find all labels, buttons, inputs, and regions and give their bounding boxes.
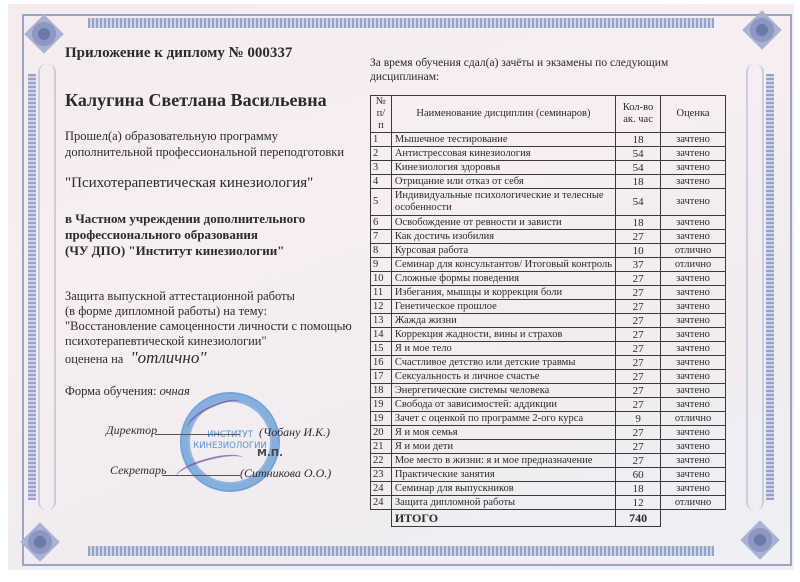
table-row: 7Как достичь изобилия27зачтено (371, 230, 726, 244)
row-grade: зачтено (661, 286, 726, 300)
row-hours: 27 (616, 342, 661, 356)
director-label: Директор (106, 423, 157, 438)
row-discipline: Кинезиология здоровья (391, 161, 615, 175)
row-number: 3 (371, 161, 392, 175)
row-grade: зачтено (661, 161, 726, 175)
row-discipline: Как достичь изобилия (391, 230, 615, 244)
row-number: 24 (371, 482, 392, 496)
row-discipline: Свобода от зависимостей: аддикции (391, 398, 615, 412)
table-row: 20Я и моя семья27зачтено (371, 426, 726, 440)
row-grade: зачтено (661, 384, 726, 398)
table-row: 17Сексуальность и личное счастье27зачтен… (371, 370, 726, 384)
row-grade: зачтено (661, 426, 726, 440)
row-grade: зачтено (661, 356, 726, 370)
row-discipline: Сексуальность и личное счастье (391, 370, 615, 384)
student-name: Калугина Светлана Васильевна (65, 90, 327, 111)
disciplines-table: № п/п Наименование дисциплин (семинаров)… (370, 95, 726, 527)
table-row: 9Семинар для консультантов/ Итоговый кон… (371, 258, 726, 272)
row-hours: 18 (616, 216, 661, 230)
row-grade: отлично (661, 496, 726, 510)
table-row: 15Я и мое тело27зачтено (371, 342, 726, 356)
total-row: ИТОГО740 (371, 510, 726, 527)
total-blank-cell (371, 510, 392, 527)
row-number: 1 (371, 133, 392, 147)
table-row: 13Жажда жизни27зачтено (371, 314, 726, 328)
row-number: 19 (371, 412, 392, 426)
document-title: Приложение к диплому № 000337 (65, 45, 292, 62)
table-row: 8Курсовая работа10отлично (371, 244, 726, 258)
row-hours: 18 (616, 482, 661, 496)
institution-line: в Частном учреждении дополнительного (65, 211, 305, 227)
row-number: 5 (371, 189, 392, 216)
row-grade: зачтено (661, 468, 726, 482)
row-hours: 27 (616, 300, 661, 314)
row-discipline: Защита дипломной работы (391, 496, 615, 510)
row-hours: 12 (616, 496, 661, 510)
frame-border-top (88, 18, 714, 28)
institution-line: (ЧУ ДПО) "Институт кинезиологии" (65, 243, 305, 259)
row-grade: зачтено (661, 482, 726, 496)
row-discipline: Генетическое прошлое (391, 300, 615, 314)
row-discipline: Индивидуальные психологические и телесны… (391, 189, 615, 216)
total-hours: 740 (616, 510, 661, 527)
row-grade: зачтено (661, 398, 726, 412)
program-line: дополнительной профессиональной переподг… (65, 144, 344, 160)
table-row: 6Освобождение от ревности и зависти18зач… (371, 216, 726, 230)
row-grade: зачтено (661, 189, 726, 216)
row-grade: зачтено (661, 133, 726, 147)
row-discipline: Мое место в жизни: я и мое предназначени… (391, 454, 615, 468)
row-grade: отлично (661, 412, 726, 426)
row-discipline: Избегания, мышцы и коррекция боли (391, 286, 615, 300)
program-description: Прошел(а) образовательную программу допо… (65, 128, 344, 160)
row-number: 4 (371, 175, 392, 189)
row-discipline: Сложные формы поведения (391, 272, 615, 286)
row-grade: отлично (661, 244, 726, 258)
row-grade: зачтено (661, 328, 726, 342)
table-row: 10Сложные формы поведения27зачтено (371, 272, 726, 286)
row-hours: 27 (616, 398, 661, 412)
header-hours: Кол-во ак. час (616, 96, 661, 133)
row-discipline: Я и моя семья (391, 426, 615, 440)
row-number: 14 (371, 328, 392, 342)
secretary-name: (Ситникова О.О.) (240, 466, 331, 481)
study-form: Форма обучения: очная (65, 384, 190, 399)
row-number: 11 (371, 286, 392, 300)
row-discipline: Коррекция жадности, вины и страхов (391, 328, 615, 342)
program-name: "Психотерапевтическая кинезиология" (65, 175, 313, 192)
row-number: 23 (371, 468, 392, 482)
row-discipline: Практические занятия (391, 468, 615, 482)
row-hours: 27 (616, 314, 661, 328)
row-grade: зачтено (661, 272, 726, 286)
thesis-line: психотерапевтической кинезиологии" (65, 334, 352, 349)
table-row: 2Антистрессовая кинезиология54зачтено (371, 147, 726, 161)
total-blank-cell (661, 510, 726, 527)
row-hours: 27 (616, 230, 661, 244)
frame-border-left (28, 74, 36, 500)
row-number: 13 (371, 314, 392, 328)
row-hours: 37 (616, 258, 661, 272)
row-hours: 60 (616, 468, 661, 482)
row-grade: зачтено (661, 300, 726, 314)
row-number: 17 (371, 370, 392, 384)
row-grade: зачтено (661, 216, 726, 230)
row-grade: зачтено (661, 440, 726, 454)
table-row: 24Семинар для выпускников18зачтено (371, 482, 726, 496)
table-row: 14Коррекция жадности, вины и страхов27за… (371, 328, 726, 342)
row-discipline: Жажда жизни (391, 314, 615, 328)
row-hours: 27 (616, 454, 661, 468)
secretary-label: Секретарь (110, 463, 166, 478)
grade-value: "отлично" (130, 348, 206, 367)
institution-name: в Частном учреждении дополнительного про… (65, 211, 305, 259)
row-number: 6 (371, 216, 392, 230)
table-row: 3Кинезиология здоровья54зачтено (371, 161, 726, 175)
row-discipline: Семинар для выпускников (391, 482, 615, 496)
row-grade: зачтено (661, 230, 726, 244)
thesis-grade: оценена на "отлично" (65, 348, 206, 368)
row-number: 24 (371, 496, 392, 510)
program-line: Прошел(а) образовательную программу (65, 128, 344, 144)
row-number: 18 (371, 384, 392, 398)
row-hours: 27 (616, 426, 661, 440)
header-discipline: Наименование дисциплин (семинаров) (391, 96, 615, 133)
row-number: 19 (371, 398, 392, 412)
row-discipline: Освобождение от ревности и зависти (391, 216, 615, 230)
stamp-mark: М.П. (257, 448, 283, 459)
header-number: № п/п (371, 96, 392, 133)
row-number: 16 (371, 356, 392, 370)
ribbon-ornament-right (746, 64, 764, 510)
intro-line: За время обучения сдал(а) зачёты и экзам… (370, 56, 690, 70)
row-discipline: Мышечное тестирование (391, 133, 615, 147)
row-hours: 10 (616, 244, 661, 258)
table-row: 22Мое место в жизни: я и мое предназначе… (371, 454, 726, 468)
row-discipline: Отрицание или отказ от себя (391, 175, 615, 189)
study-form-label: Форма обучения: (65, 384, 157, 398)
table-row: 11Избегания, мышцы и коррекция боли27зач… (371, 286, 726, 300)
table-intro: За время обучения сдал(а) зачёты и экзам… (370, 56, 690, 84)
grade-label: оценена на (65, 352, 123, 366)
table-row: 12Генетическое прошлое27зачтено (371, 300, 726, 314)
header-grade: Оценка (661, 96, 726, 133)
table-header-row: № п/п Наименование дисциплин (семинаров)… (371, 96, 726, 133)
table-row: 21Я и мои дети27зачтено (371, 440, 726, 454)
row-hours: 9 (616, 412, 661, 426)
row-hours: 54 (616, 189, 661, 216)
table-row: 5Индивидуальные психологические и телесн… (371, 189, 726, 216)
thesis-line: (в форме дипломной работы) на тему: (65, 304, 352, 319)
thesis-line: Защита выпускной аттестационной работы (65, 289, 352, 304)
row-grade: зачтено (661, 342, 726, 356)
frame-border-bottom (88, 546, 714, 556)
row-discipline: Энергетические системы человека (391, 384, 615, 398)
row-hours: 27 (616, 272, 661, 286)
row-grade: зачтено (661, 370, 726, 384)
ribbon-ornament-left (38, 64, 56, 510)
table-row: 1Мышечное тестирование18зачтено (371, 133, 726, 147)
table-row: 24Защита дипломной работы12отлично (371, 496, 726, 510)
row-grade: зачтено (661, 147, 726, 161)
row-discipline: Курсовая работа (391, 244, 615, 258)
row-grade: зачтено (661, 454, 726, 468)
row-discipline: Счастливое детство или детские травмы (391, 356, 615, 370)
table-row: 23Практические занятия60зачтено (371, 468, 726, 482)
intro-line: дисциплинам: (370, 70, 690, 84)
row-hours: 27 (616, 384, 661, 398)
row-number: 21 (371, 440, 392, 454)
row-discipline: Я и мои дети (391, 440, 615, 454)
frame-border-right (766, 74, 774, 500)
row-hours: 27 (616, 440, 661, 454)
row-number: 7 (371, 230, 392, 244)
thesis-description: Защита выпускной аттестационной работы (… (65, 289, 352, 349)
institution-line: профессионального образования (65, 227, 305, 243)
table-row: 16Счастливое детство или детские травмы2… (371, 356, 726, 370)
row-number: 22 (371, 454, 392, 468)
row-number: 8 (371, 244, 392, 258)
row-discipline: Антистрессовая кинезиология (391, 147, 615, 161)
thesis-line: "Восстановление самоценности личности с … (65, 319, 352, 334)
total-label: ИТОГО (391, 510, 615, 527)
row-hours: 27 (616, 370, 661, 384)
row-number: 10 (371, 272, 392, 286)
table-row: 18Энергетические системы человека27зачте… (371, 384, 726, 398)
row-discipline: Я и мое тело (391, 342, 615, 356)
table-row: 19Зачет с оценкой по программе 2-ого кур… (371, 412, 726, 426)
row-grade: зачтено (661, 314, 726, 328)
row-hours: 54 (616, 161, 661, 175)
row-discipline: Семинар для консультантов/ Итоговый конт… (391, 258, 615, 272)
row-number: 9 (371, 258, 392, 272)
row-hours: 27 (616, 356, 661, 370)
row-grade: зачтено (661, 175, 726, 189)
row-hours: 18 (616, 175, 661, 189)
row-grade: отлично (661, 258, 726, 272)
director-name: (Чобану И.К.) (259, 425, 330, 440)
row-number: 12 (371, 300, 392, 314)
row-discipline: Зачет с оценкой по программе 2-ого курса (391, 412, 615, 426)
table-row: 4Отрицание или отказ от себя18зачтено (371, 175, 726, 189)
row-hours: 27 (616, 286, 661, 300)
table-row: 19Свобода от зависимостей: аддикции27зач… (371, 398, 726, 412)
row-number: 2 (371, 147, 392, 161)
study-form-value: очная (160, 384, 190, 398)
row-hours: 54 (616, 147, 661, 161)
row-hours: 27 (616, 328, 661, 342)
director-signature-line (155, 434, 240, 435)
row-number: 20 (371, 426, 392, 440)
row-hours: 18 (616, 133, 661, 147)
row-number: 15 (371, 342, 392, 356)
